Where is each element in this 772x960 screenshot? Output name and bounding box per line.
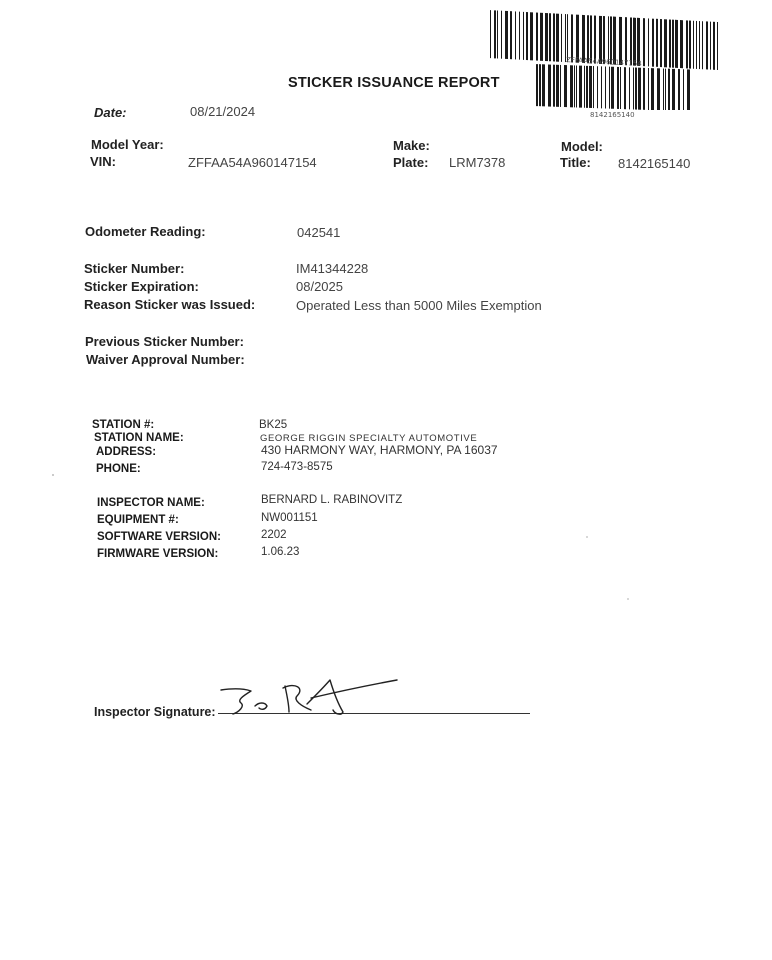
vin-label: VIN: (90, 154, 116, 169)
scan-speck (52, 474, 54, 476)
phone-label: PHONE: (96, 463, 141, 475)
make-label: Make: (393, 138, 430, 153)
waiver-label: Waiver Approval Number: (86, 352, 245, 367)
equipment-label: EQUIPMENT #: (97, 514, 179, 526)
title-label: Title: (560, 155, 591, 170)
software-label: SOFTWARE VERSION: (97, 531, 221, 543)
sticker-number-value: IM41344228 (296, 261, 368, 276)
signature-scribble (215, 676, 405, 721)
plate-label: Plate: (393, 155, 428, 170)
title-barcode-text: 8142165140 (590, 111, 635, 119)
previous-sticker-label: Previous Sticker Number: (85, 334, 244, 349)
date-value: 08/21/2024 (190, 104, 255, 119)
model-label: Model: (561, 139, 603, 154)
signature-label: Inspector Signature: (94, 705, 216, 719)
sticker-expiration-label: Sticker Expiration: (84, 279, 199, 294)
reason-label: Reason Sticker was Issued: (84, 297, 255, 312)
equipment-value: NW001151 (261, 512, 318, 524)
software-value: 2202 (261, 529, 287, 541)
vin-value: ZFFAA54A960147154 (188, 155, 317, 170)
report-title: STICKER ISSUANCE REPORT (288, 75, 500, 91)
title-value: 8142165140 (618, 156, 690, 171)
model-year-label: Model Year: (91, 137, 164, 152)
scan-speck (627, 598, 629, 600)
sticker-number-label: Sticker Number: (84, 261, 184, 276)
plate-value: LRM7378 (449, 155, 505, 170)
inspector-name-label: INSPECTOR NAME: (97, 497, 205, 509)
scan-speck (586, 536, 588, 538)
date-label: Date: (94, 105, 127, 120)
inspector-name-value: BERNARD L. RABINOVITZ (261, 494, 402, 506)
station-number-value: BK25 (259, 419, 287, 431)
sticker-expiration-value: 08/2025 (296, 279, 343, 294)
station-number-label: STATION #: (92, 419, 154, 431)
firmware-label: FIRMWARE VERSION: (97, 548, 218, 560)
title-barcode (534, 62, 696, 110)
address-label: ADDRESS: (96, 446, 156, 458)
firmware-value: 1.06.23 (261, 546, 299, 558)
odometer-value: 042541 (297, 225, 340, 240)
odometer-label: Odometer Reading: (85, 224, 206, 239)
reason-value: Operated Less than 5000 Miles Exemption (296, 298, 542, 313)
station-name-label: STATION NAME: (94, 432, 184, 444)
address-value: 430 HARMONY WAY, HARMONY, PA 16037 (261, 443, 498, 457)
phone-value: 724-473-8575 (261, 461, 333, 473)
